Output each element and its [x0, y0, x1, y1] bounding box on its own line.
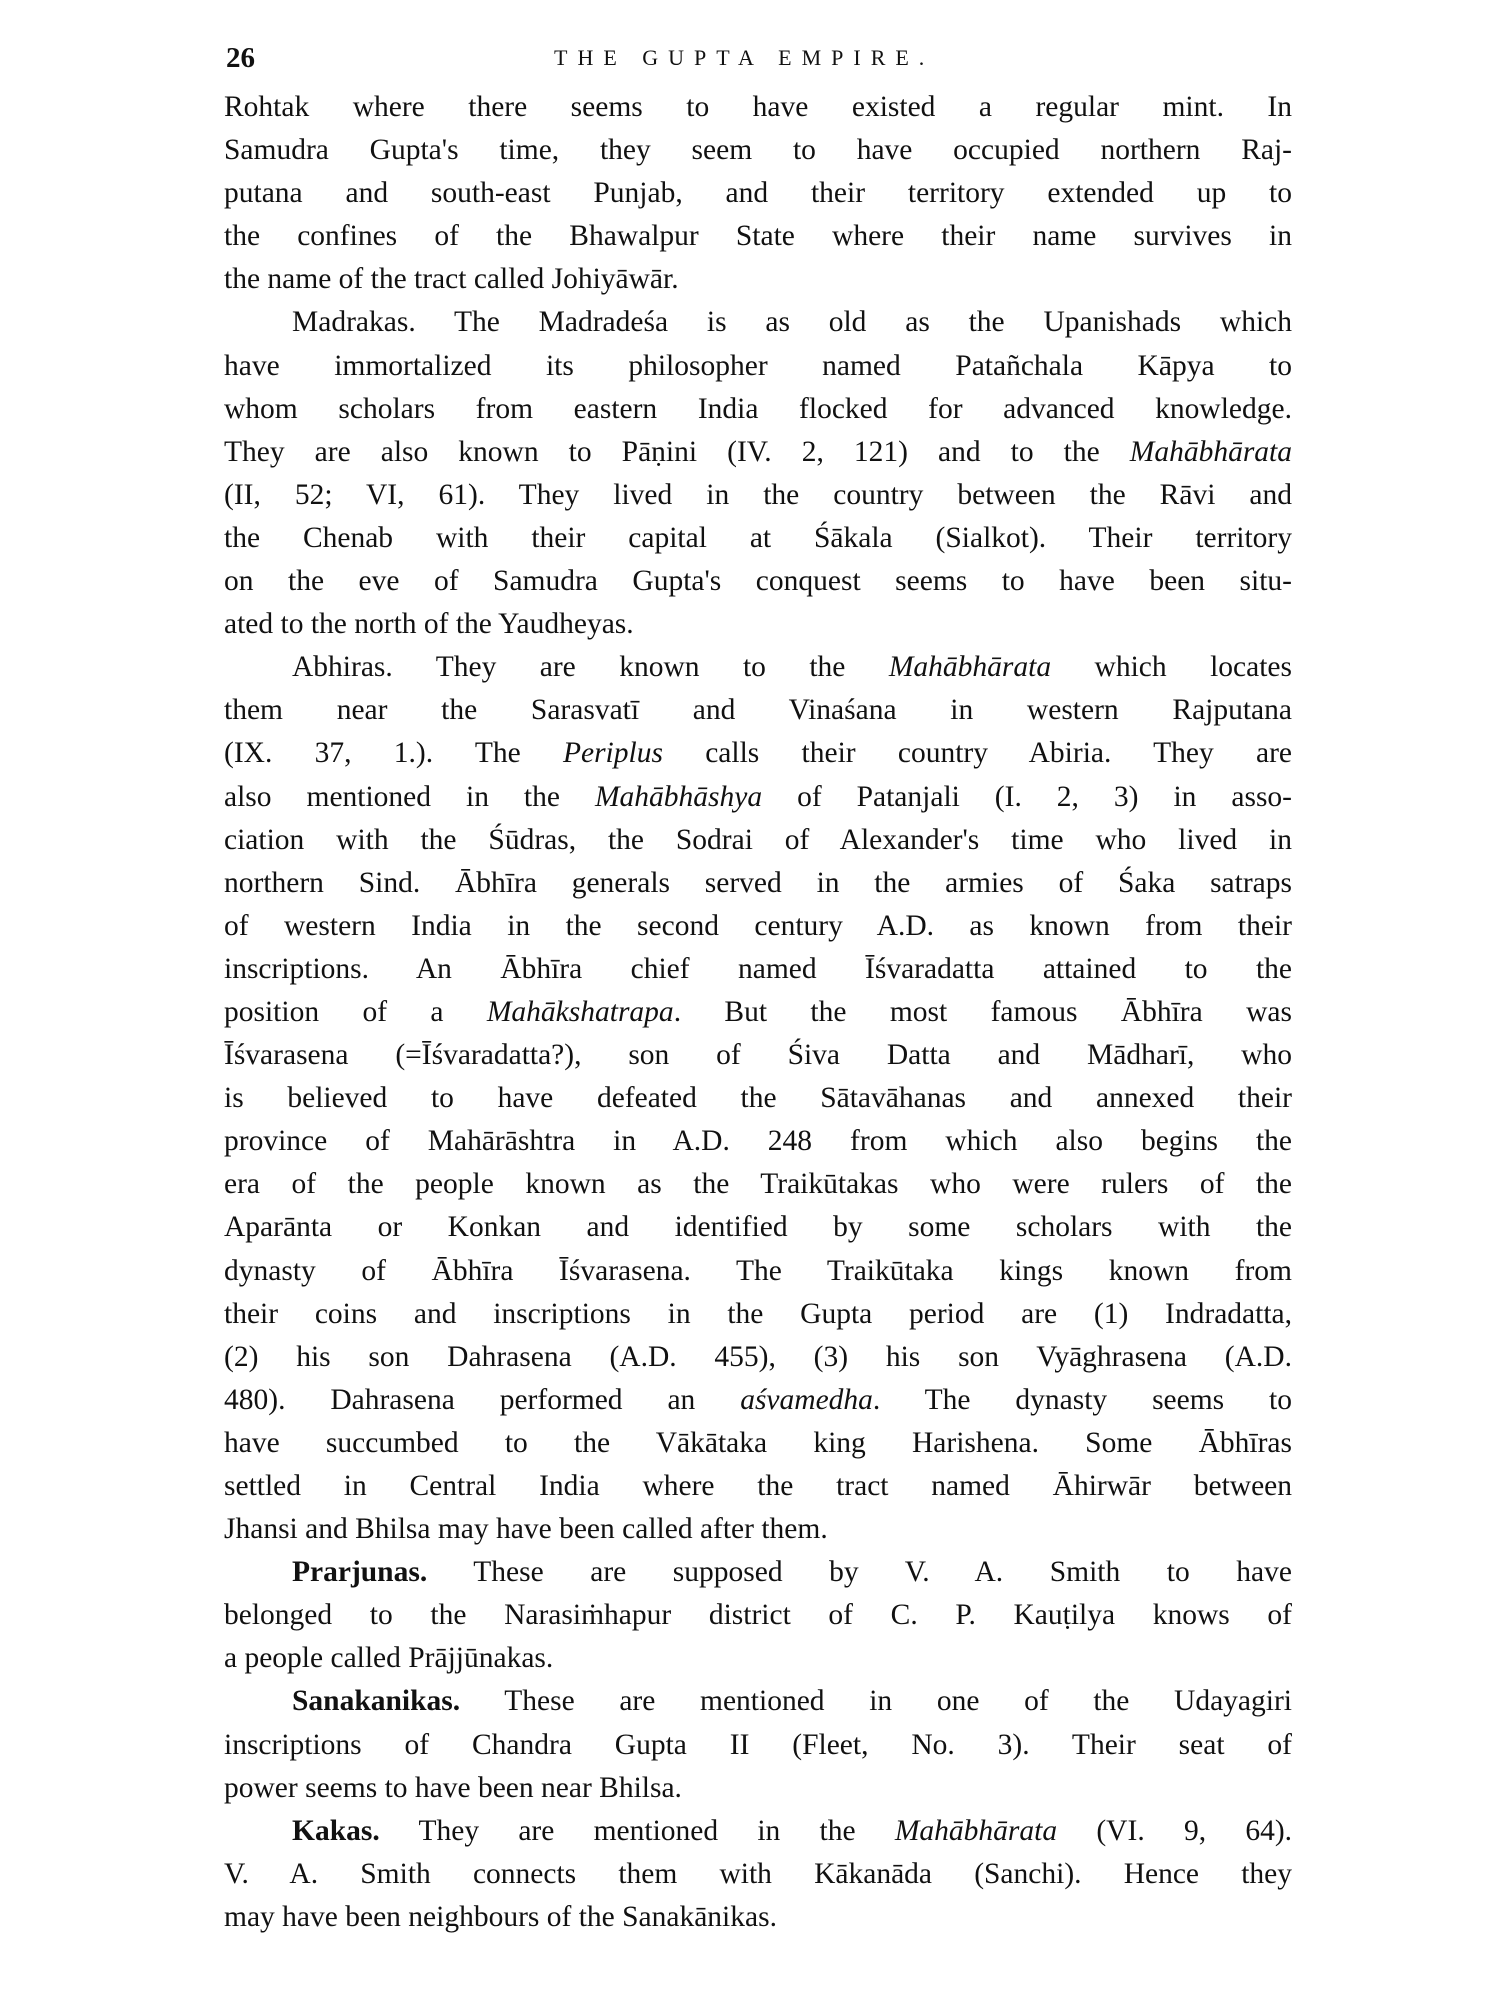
italic-term: aśvamedha: [740, 1384, 873, 1416]
text-line: the Chenab with their capital at Śākala …: [224, 517, 1292, 560]
text-line: ated to the north of the Yaudheyas.: [224, 603, 1292, 646]
text-line: ciation with the Śūdras, the Sodrai of A…: [224, 819, 1292, 862]
text-line: inscriptions. An Ābhīra chief named Īśva…: [224, 948, 1292, 991]
text-line: have succumbed to the Vākātaka king Hari…: [224, 1422, 1292, 1465]
italic-term: Mahābhāshya: [595, 781, 762, 813]
text-line: of western India in the second century A…: [224, 905, 1292, 948]
book-page: 26 THE GUPTA EMPIRE. Rohtak where there …: [224, 36, 1292, 1939]
paragraph-kakas: Kakas. They are mentioned in the Mahābhā…: [224, 1810, 1292, 1939]
paragraph-abhiras: Abhiras. They are known to the Mahābhāra…: [224, 646, 1292, 1551]
text-line: Madrakas. The Madradeśa is as old as the…: [224, 301, 1292, 344]
text-line: have immortalized its philosopher named …: [224, 345, 1292, 388]
text-line: a people called Prājjūnakas.: [224, 1637, 1292, 1680]
text-line: V. A. Smith connects them with Kākanāda …: [224, 1853, 1292, 1896]
text-line: dynasty of Ābhīra Īśvarasena. The Traikū…: [224, 1250, 1292, 1293]
text-line: position of a Mahākshatrapa. But the mos…: [224, 991, 1292, 1034]
text-line: Abhiras. They are known to the Mahābhāra…: [224, 646, 1292, 689]
text-line: may have been neighbours of the Sanakāni…: [224, 1896, 1292, 1939]
text-line: the name of the tract called Johiyāwār.: [224, 258, 1292, 301]
paragraph-heading: Sanakanikas.: [292, 1685, 460, 1717]
paragraph-heading: Abhiras.: [292, 651, 393, 683]
text-line: They are also known to Pāṇini (IV. 2, 12…: [224, 431, 1292, 474]
text-line: whom scholars from eastern India flocked…: [224, 388, 1292, 431]
paragraph-sanakanikas: Sanakanikas. These are mentioned in one …: [224, 1680, 1292, 1809]
text-line: (II, 52; VI, 61). They lived in the coun…: [224, 474, 1292, 517]
paragraph-continuation: Rohtak where there seems to have existed…: [224, 86, 1292, 301]
body-text: Rohtak where there seems to have existed…: [224, 86, 1292, 1939]
text-line: Jhansi and Bhilsa may have been called a…: [224, 1508, 1292, 1551]
italic-term: Mahābhārata: [895, 1815, 1057, 1847]
text-line: province of Mahārāshtra in A.D. 248 from…: [224, 1120, 1292, 1163]
text-line: era of the people known as the Traikūtak…: [224, 1163, 1292, 1206]
text-line: on the eve of Samudra Gupta's conquest s…: [224, 560, 1292, 603]
running-head: 26 THE GUPTA EMPIRE.: [224, 36, 1292, 80]
italic-term: Mahābhārata: [889, 651, 1051, 683]
italic-term: Mahākshatrapa: [487, 996, 674, 1028]
italic-term: Periplus: [563, 737, 663, 769]
text-line: putana and south-east Punjab, and their …: [224, 172, 1292, 215]
text-line: the confines of the Bhawalpur State wher…: [224, 215, 1292, 258]
text-line: settled in Central India where the tract…: [224, 1465, 1292, 1508]
paragraph-heading: Madrakas.: [292, 306, 416, 338]
text-line: Īśvarasena (=Īśvaradatta?), son of Śiva …: [224, 1034, 1292, 1077]
text-line: inscriptions of Chandra Gupta II (Fleet,…: [224, 1724, 1292, 1767]
paragraph-madrakas: Madrakas. The Madradeśa is as old as the…: [224, 301, 1292, 646]
text-line: 480). Dahrasena performed an aśvamedha. …: [224, 1379, 1292, 1422]
text-line: is believed to have defeated the Sātavāh…: [224, 1077, 1292, 1120]
paragraph-heading: Kakas.: [292, 1815, 380, 1847]
text-line: belonged to the Narasiṁhapur district of…: [224, 1594, 1292, 1637]
paragraph-heading: Prarjunas.: [292, 1556, 427, 1588]
text-line: Kakas. They are mentioned in the Mahābhā…: [224, 1810, 1292, 1853]
text-line: their coins and inscriptions in the Gupt…: [224, 1293, 1292, 1336]
text-line: (IX. 37, 1.). The Periplus calls their c…: [224, 732, 1292, 775]
text-line: Rohtak where there seems to have existed…: [224, 86, 1292, 129]
text-line: also mentioned in the Mahābhāshya of Pat…: [224, 776, 1292, 819]
page-number: 26: [226, 36, 255, 80]
text-line: Samudra Gupta's time, they seem to have …: [224, 129, 1292, 172]
text-line: power seems to have been near Bhilsa.: [224, 1767, 1292, 1810]
text-line: Aparānta or Konkan and identified by som…: [224, 1206, 1292, 1249]
text-line: (2) his son Dahrasena (A.D. 455), (3) hi…: [224, 1336, 1292, 1379]
paragraph-prarjunas: Prarjunas. These are supposed by V. A. S…: [224, 1551, 1292, 1680]
text-line: them near the Sarasvatī and Vinaśana in …: [224, 689, 1292, 732]
text-line: northern Sind. Ābhīra generals served in…: [224, 862, 1292, 905]
running-title: THE GUPTA EMPIRE.: [554, 36, 934, 80]
text-line: Prarjunas. These are supposed by V. A. S…: [224, 1551, 1292, 1594]
italic-term: Mahābhārata: [1130, 436, 1292, 468]
text-line: Sanakanikas. These are mentioned in one …: [224, 1680, 1292, 1723]
